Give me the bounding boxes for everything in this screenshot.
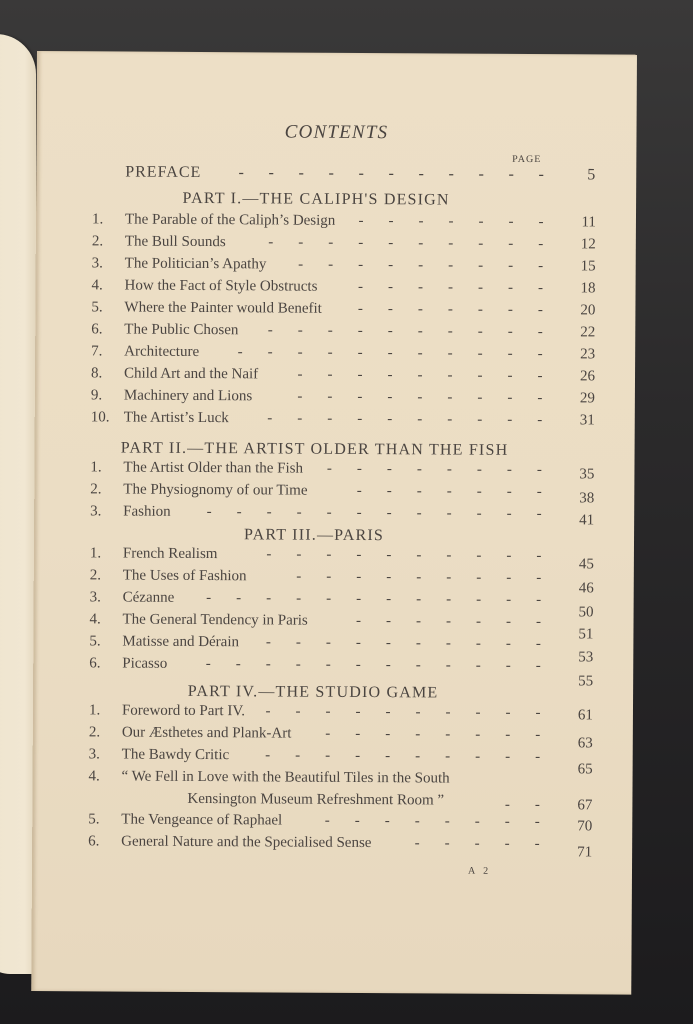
chapter-title: The Uses of Fashion bbox=[123, 568, 247, 586]
table-of-contents: PART I.—THE CALIPH'S DESIGN1.The Parable… bbox=[37, 51, 637, 55]
chapter-number: 2. bbox=[90, 481, 118, 498]
page-number: 18 bbox=[556, 280, 596, 297]
chapter-title: The Artist Older than the Fish bbox=[123, 460, 303, 478]
preface-entry: PREFACE ----------- 5 bbox=[36, 163, 596, 188]
toc-entry: 6.Picasso55------------ bbox=[33, 655, 593, 680]
chapter-title: Child Art and the Naif bbox=[124, 366, 258, 384]
chapter-title: Matisse and Dérain bbox=[122, 634, 239, 652]
chapter-number: 6. bbox=[88, 833, 116, 850]
part-heading: PART II.—THE ARTIST OLDER THAN THE FISH bbox=[35, 439, 595, 460]
leader-dots: ---------- bbox=[253, 747, 553, 766]
page-number: 67 bbox=[552, 797, 592, 814]
chapter-number: 2. bbox=[89, 724, 117, 741]
chapter-title: The Bawdy Critic bbox=[122, 747, 230, 765]
chapter-title: The Politician’s Apathy bbox=[125, 256, 267, 274]
leader-dots: --------- bbox=[285, 367, 555, 386]
page-title: CONTENTS bbox=[36, 120, 636, 146]
page-column-label: PAGE bbox=[512, 154, 541, 165]
chapter-number: 5. bbox=[89, 633, 117, 650]
page-number: 11 bbox=[556, 214, 596, 231]
leader-dots: ---------- bbox=[253, 703, 553, 722]
leader-dots: ----- bbox=[402, 835, 552, 853]
page-number: 41 bbox=[554, 512, 594, 529]
chapter-number: 5. bbox=[88, 811, 116, 828]
chapter-number: 3. bbox=[90, 589, 118, 606]
leader-dots: -------- bbox=[313, 726, 553, 744]
page-number: 22 bbox=[555, 324, 595, 341]
chapter-title: General Nature and the Specialised Sense bbox=[121, 834, 371, 853]
page-number: 5 bbox=[556, 166, 596, 184]
chapter-title: Foreword to Part IV. bbox=[122, 703, 245, 721]
chapter-title: The Vengeance of Raphael bbox=[121, 812, 282, 830]
toc-entry: 4.“ We Fell in Love with the Beautiful T… bbox=[32, 768, 592, 793]
part-heading: PART III.—PARIS bbox=[34, 525, 594, 546]
chapter-title: The Parable of the Caliph’s Design bbox=[125, 212, 335, 230]
leader-dots: --------- bbox=[284, 569, 554, 588]
chapter-title: The Public Chosen bbox=[124, 322, 238, 340]
leader-dots: ---------- bbox=[255, 322, 555, 341]
chapter-number: 3. bbox=[92, 255, 120, 272]
chapter-number: 7. bbox=[91, 343, 119, 360]
leader-dots: -------- bbox=[312, 813, 552, 831]
leader-dots: ------------ bbox=[193, 656, 553, 675]
chapter-title: Cézanne bbox=[123, 590, 175, 607]
chapter-number: 4. bbox=[89, 768, 117, 785]
leader-dots: -------- bbox=[314, 461, 554, 479]
chapter-title: The Physiognomy of our Time bbox=[123, 482, 307, 500]
leader-dots: ---------- bbox=[253, 634, 553, 653]
chapter-number: 8. bbox=[91, 365, 119, 382]
chapter-number: 3. bbox=[90, 503, 118, 520]
page-number: 70 bbox=[552, 818, 592, 835]
chapter-title: Where the Painter would Benefit bbox=[124, 300, 322, 318]
chapter-number: 4. bbox=[92, 277, 120, 294]
page-number: 61 bbox=[553, 707, 593, 724]
page-number: 38 bbox=[554, 490, 594, 507]
chapter-number: 1. bbox=[92, 211, 120, 228]
part-heading: PART I.—THE CALIPH'S DESIGN bbox=[36, 189, 596, 210]
chapter-title: French Realism bbox=[123, 546, 218, 564]
chapter-number: 6. bbox=[89, 655, 117, 672]
chapter-number: 10. bbox=[91, 409, 119, 426]
page-number: 35 bbox=[554, 466, 594, 483]
chapter-title: Our Æsthetes and Plank-Art bbox=[122, 725, 292, 743]
chapter-title: How the Fact of Style Obstructs bbox=[125, 278, 318, 296]
chapter-number: 3. bbox=[89, 746, 117, 763]
preface-label: PREFACE bbox=[125, 164, 201, 182]
page-number: 23 bbox=[555, 346, 595, 363]
chapter-title: Machinery and Lions bbox=[124, 388, 252, 406]
chapter-title: The Artist’s Luck bbox=[124, 410, 229, 428]
page-number: 29 bbox=[555, 390, 595, 407]
page-number: 20 bbox=[555, 302, 595, 319]
chapter-title: Architecture bbox=[124, 344, 199, 361]
chapter-number: 5. bbox=[91, 299, 119, 316]
chapter-title: The Bull Sounds bbox=[125, 234, 226, 252]
chapter-title: The General Tendency in Paris bbox=[122, 612, 307, 630]
leader-dots: ------- bbox=[344, 483, 554, 501]
leader-dots: ------- bbox=[346, 213, 556, 231]
leader-dots: ----------- bbox=[225, 344, 555, 363]
chapter-number: 1. bbox=[90, 459, 118, 476]
page-number: 71 bbox=[552, 844, 592, 861]
leader-dots: --------- bbox=[286, 257, 556, 276]
page-number: 15 bbox=[556, 258, 596, 275]
leader-dots: --------- bbox=[285, 389, 555, 408]
chapter-title-continued: Kensington Museum Refreshment Room ” bbox=[187, 791, 444, 810]
chapter-number: 9. bbox=[91, 387, 119, 404]
chapter-title: Fashion bbox=[123, 504, 171, 521]
toc-entry: 6.General Nature and the Specialised Sen… bbox=[32, 833, 592, 858]
part-heading: PART IV.—THE STUDIO GAME bbox=[33, 682, 593, 703]
page-number: 12 bbox=[556, 236, 596, 253]
chapter-number: 4. bbox=[89, 611, 117, 628]
leader-dots: ------- bbox=[345, 301, 555, 319]
toc-entry: 10.The Artist’s Luck31---------- bbox=[35, 409, 595, 434]
leader-dots: ----------- bbox=[226, 164, 556, 184]
leader-dots: ------------ bbox=[194, 590, 554, 609]
leader-dots: -- bbox=[492, 797, 552, 814]
chapter-number: 2. bbox=[90, 567, 118, 584]
leader-dots: ------------ bbox=[194, 504, 554, 523]
leader-dots: ---------- bbox=[254, 546, 554, 565]
leader-dots: ---------- bbox=[256, 234, 556, 253]
leader-dots: ------- bbox=[343, 613, 553, 631]
chapter-title: “ We Fell in Love with the Beautiful Til… bbox=[122, 769, 450, 788]
leader-dots: ---------- bbox=[255, 410, 555, 429]
chapter-number: 1. bbox=[90, 545, 118, 562]
contents-page: CONTENTS PAGE PREFACE ----------- 5 PART… bbox=[31, 51, 637, 995]
chapter-number: 6. bbox=[91, 321, 119, 338]
leader-dots: ------- bbox=[346, 279, 556, 297]
chapter-number: 1. bbox=[89, 702, 117, 719]
page-number: 26 bbox=[555, 368, 595, 385]
previous-page-edge bbox=[0, 34, 36, 974]
signature-mark: A 2 bbox=[468, 866, 491, 877]
chapter-title: Picasso bbox=[122, 656, 167, 673]
chapter-number: 2. bbox=[92, 233, 120, 250]
page-number: 31 bbox=[555, 412, 595, 429]
